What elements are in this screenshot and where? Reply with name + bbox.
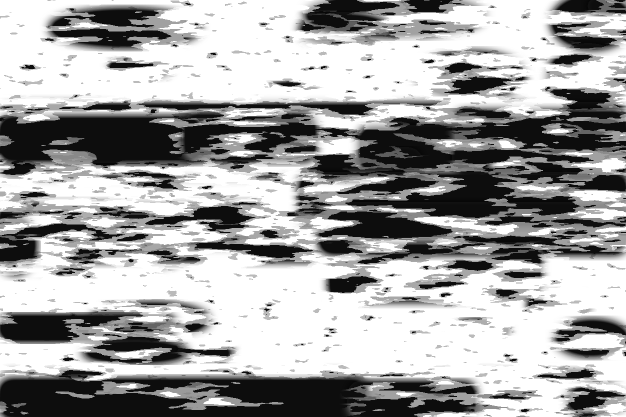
texture-cluster bbox=[455, 112, 626, 174]
texture-cluster bbox=[548, 46, 626, 110]
texture-cluster bbox=[0, 380, 365, 417]
texture-cluster-layer bbox=[0, 0, 626, 417]
texture-cluster bbox=[300, 150, 420, 175]
texture-cluster bbox=[450, 320, 510, 340]
texture-cluster bbox=[300, 15, 390, 45]
texture-cluster bbox=[177, 345, 233, 361]
grunge-texture-canvas bbox=[0, 0, 626, 417]
texture-cluster bbox=[330, 245, 540, 300]
texture-cluster bbox=[108, 57, 172, 79]
texture-cluster bbox=[567, 385, 626, 415]
texture-cluster bbox=[260, 83, 320, 101]
texture-cluster bbox=[50, 10, 200, 46]
texture-cluster bbox=[0, 118, 200, 160]
grunge-texture-image bbox=[0, 0, 626, 417]
texture-cluster bbox=[350, 383, 475, 417]
texture-cluster bbox=[415, 53, 525, 97]
texture-cluster bbox=[0, 316, 175, 340]
texture-cluster bbox=[185, 115, 315, 160]
texture-cluster bbox=[83, 342, 187, 362]
texture-cluster bbox=[556, 321, 626, 355]
texture-cluster bbox=[528, 291, 592, 319]
